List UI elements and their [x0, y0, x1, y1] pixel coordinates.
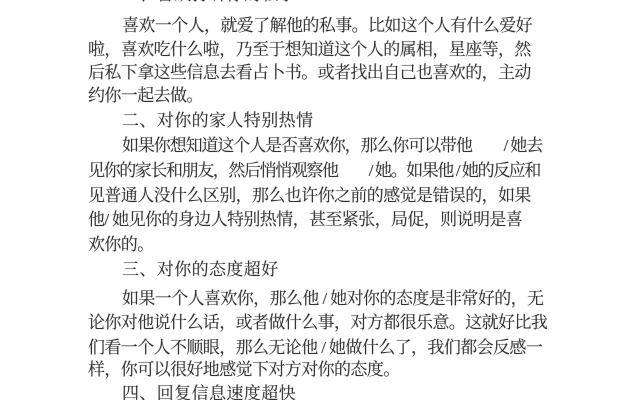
text-line: 论你对他说什么话，或者做什么事，对方都很乐意。这就好比我: [88, 310, 547, 335]
section-heading: 一、喜欢打听你的私事: [122, 0, 296, 7]
section-heading: 四、回复信息速度超快: [122, 381, 296, 400]
text-line: 欢你的。: [88, 232, 154, 257]
text-line: 如果一个人喜欢你，那么他 / 她对你的态度是非常好的，无: [122, 286, 543, 311]
text-line: 样，你可以很好地感觉下对方对你的态度。: [88, 357, 400, 382]
section-heading: 三、对你的态度超好: [122, 257, 279, 282]
text-line: 见你的家长和朋友，然后悄悄观察他 / 她。如果他 / 她的反应和: [88, 158, 540, 183]
document-page: 一、喜欢打听你的私事喜欢一个人，就爱了解他的私事。比如这个人有什么爱好啦，喜欢吃…: [0, 0, 640, 400]
text-line: 喜欢一个人，就爱了解他的私事。比如这个人有什么爱好: [122, 13, 532, 38]
section-heading: 二、对你的家人特别热情: [122, 108, 313, 133]
text-line: 如果你想知道这个人是否喜欢你，那么你可以带他 / 她去: [122, 133, 542, 158]
text-line: 约你一起去做。: [88, 83, 203, 108]
text-line: 啦，喜欢吃什么啦，乃至于想知道这个人的属相，星座等，然: [88, 37, 531, 62]
text-line: 见普通人没什么区别，那么也许你之前的感觉是错误的，如果: [88, 183, 531, 208]
text-line: 后私下拿这些信息去看占卜书。或者找出自己也喜欢的，主动: [88, 60, 531, 85]
text-line: 他/ 她见你的身边人特别热情，甚至紧张，局促，则说明是喜: [88, 207, 522, 232]
